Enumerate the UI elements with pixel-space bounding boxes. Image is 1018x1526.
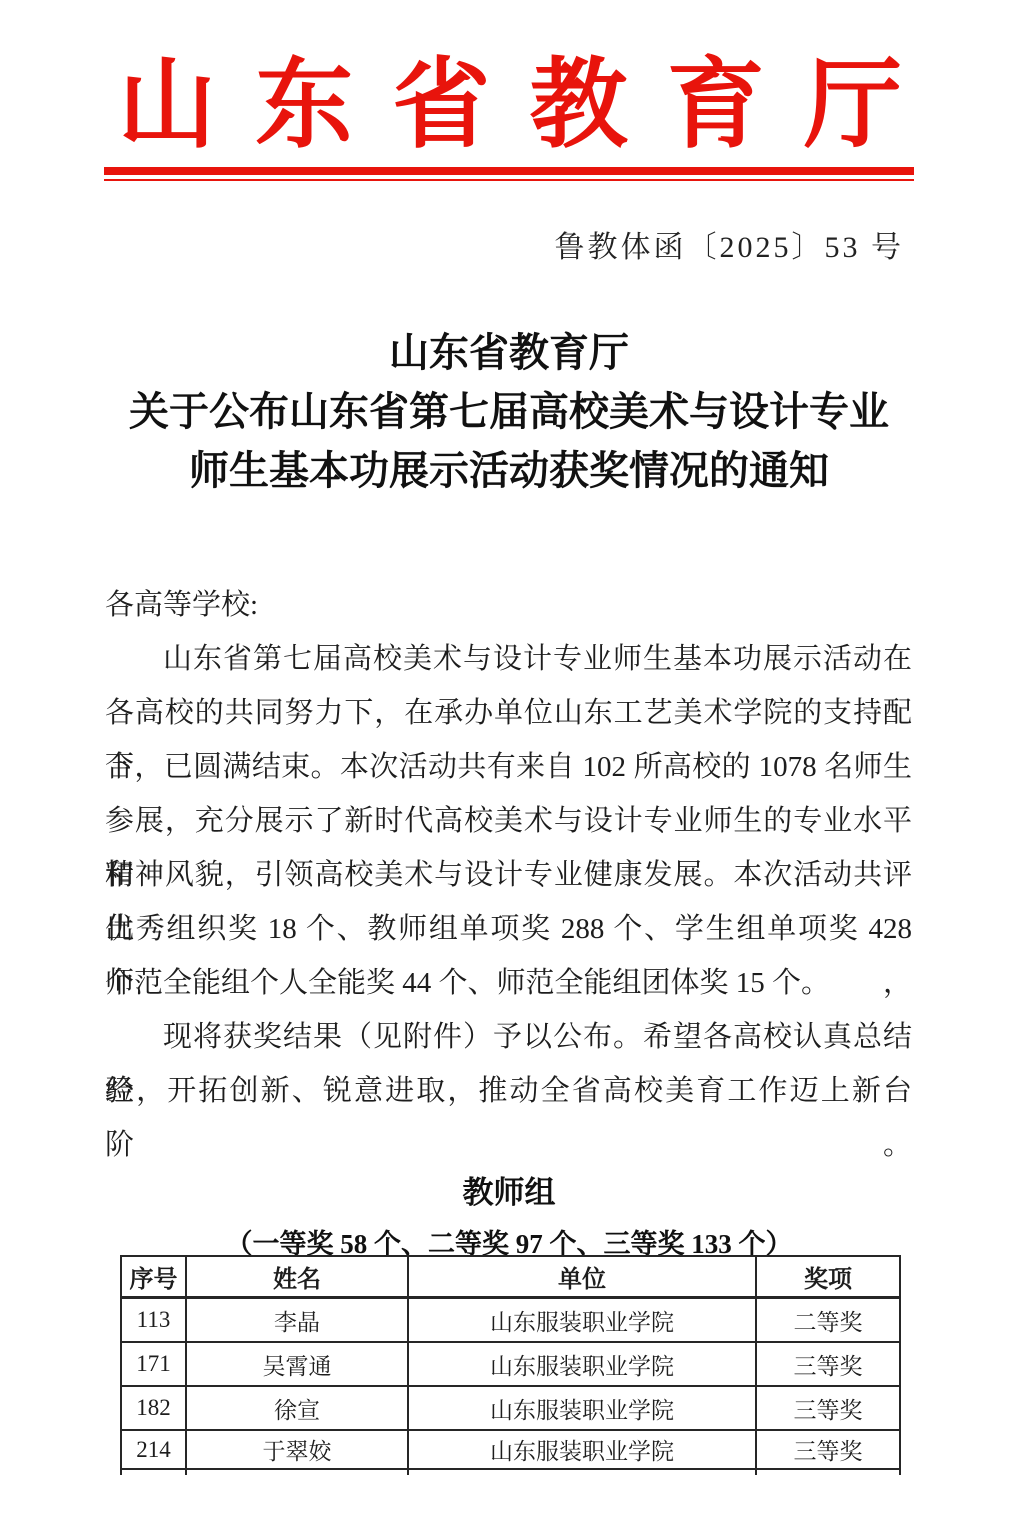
column-header-award: 奖项 — [756, 1256, 900, 1298]
cell-institution: 山东服装职业学院 — [408, 1342, 756, 1386]
body-line: 现将获奖结果（见附件）予以公布。希望各高校认真总结经 — [105, 1010, 912, 1064]
document-title: 山东省教育厅 关于公布山东省第七届高校美术与设计专业 师生基本功展示活动获奖情况… — [0, 323, 1018, 500]
body-line: 各高校的共同努力下，在承办单位山东工艺美术学院的支持配合 — [105, 686, 912, 740]
cell-name: 徐宣 — [186, 1386, 408, 1430]
salutation: 各高等学校: — [105, 578, 912, 632]
cell-institution: 山东服装职业学院 — [408, 1386, 756, 1430]
cell-serial: 113 — [121, 1298, 186, 1343]
table-row: 113 李晶 山东服装职业学院 二等奖 — [121, 1298, 900, 1343]
title-line: 山东省教育厅 — [0, 323, 1018, 382]
table-partial-row — [121, 1469, 900, 1475]
table-row: 182 徐宣 山东服装职业学院 三等奖 — [121, 1386, 900, 1430]
cell-serial: 214 — [121, 1430, 186, 1469]
cell-name: 李晶 — [186, 1298, 408, 1343]
document-body: 各高等学校: 山东省第七届高校美术与设计专业师生基本功展示活动在 各高校的共同努… — [105, 578, 912, 1118]
body-line: 参展，充分展示了新时代高校美术与设计专业师生的专业水平和 — [105, 794, 912, 848]
red-rule-thick — [104, 167, 914, 175]
table-header-row: 序号 姓名 单位 奖项 — [121, 1256, 900, 1298]
column-header-name: 姓名 — [186, 1256, 408, 1298]
cell-award: 二等奖 — [756, 1298, 900, 1343]
red-rule-thin — [104, 179, 914, 181]
cell-name: 吴霄通 — [186, 1342, 408, 1386]
body-line: 精神风貌，引领高校美术与设计专业健康发展。本次活动共评出 — [105, 848, 912, 902]
title-line: 师生基本功展示活动获奖情况的通知 — [0, 441, 1018, 500]
document-number: 鲁教体函〔2025〕53 号 — [555, 222, 905, 266]
body-line: 山东省第七届高校美术与设计专业师生基本功展示活动在 — [105, 632, 912, 686]
letterhead: 山 东 省 教 育 厅 — [118, 50, 902, 162]
document-page: 山 东 省 教 育 厅 鲁教体函〔2025〕53 号 山东省教育厅 关于公布山东… — [0, 0, 1018, 1526]
awards-table-container: 序号 姓名 单位 奖项 113 李晶 山东服装职业学院 二等奖 171 吴霄通 … — [120, 1255, 901, 1475]
awards-table: 序号 姓名 单位 奖项 113 李晶 山东服装职业学院 二等奖 171 吴霄通 … — [120, 1255, 901, 1475]
section-heading-teachers-group: 教师组 — [0, 1167, 1018, 1212]
letterhead-char: 东 — [255, 50, 353, 162]
column-header-institution: 单位 — [408, 1256, 756, 1298]
body-line: 下，已圆满结束。本次活动共有来自 102 所高校的 1078 名师生 — [105, 740, 912, 794]
letterhead-char: 育 — [667, 50, 765, 162]
cell-name: 于翠姣 — [186, 1430, 408, 1469]
cell-serial: 182 — [121, 1386, 186, 1430]
letterhead-char: 厅 — [804, 50, 902, 162]
body-line: 优秀组织奖 18 个、教师组单项奖 288 个、学生组单项奖 428 个， — [105, 902, 912, 956]
letterhead-char: 省 — [392, 50, 490, 162]
table-row: 214 于翠姣 山东服装职业学院 三等奖 — [121, 1430, 900, 1469]
cell-institution: 山东服装职业学院 — [408, 1298, 756, 1343]
body-line: 师范全能组个人全能奖 44 个、师范全能组团体奖 15 个。 — [105, 956, 912, 1010]
cell-institution: 山东服装职业学院 — [408, 1430, 756, 1469]
cell-award: 三等奖 — [756, 1342, 900, 1386]
letterhead-char: 山 — [118, 50, 216, 162]
cell-award: 三等奖 — [756, 1430, 900, 1469]
body-line: 验，开拓创新、锐意进取，推动全省高校美育工作迈上新台阶。 — [105, 1064, 912, 1118]
cell-serial: 171 — [121, 1342, 186, 1386]
title-line: 关于公布山东省第七届高校美术与设计专业 — [0, 382, 1018, 441]
cell-award: 三等奖 — [756, 1386, 900, 1430]
table-row: 171 吴霄通 山东服装职业学院 三等奖 — [121, 1342, 900, 1386]
column-header-serial: 序号 — [121, 1256, 186, 1298]
letterhead-char: 教 — [530, 50, 628, 162]
